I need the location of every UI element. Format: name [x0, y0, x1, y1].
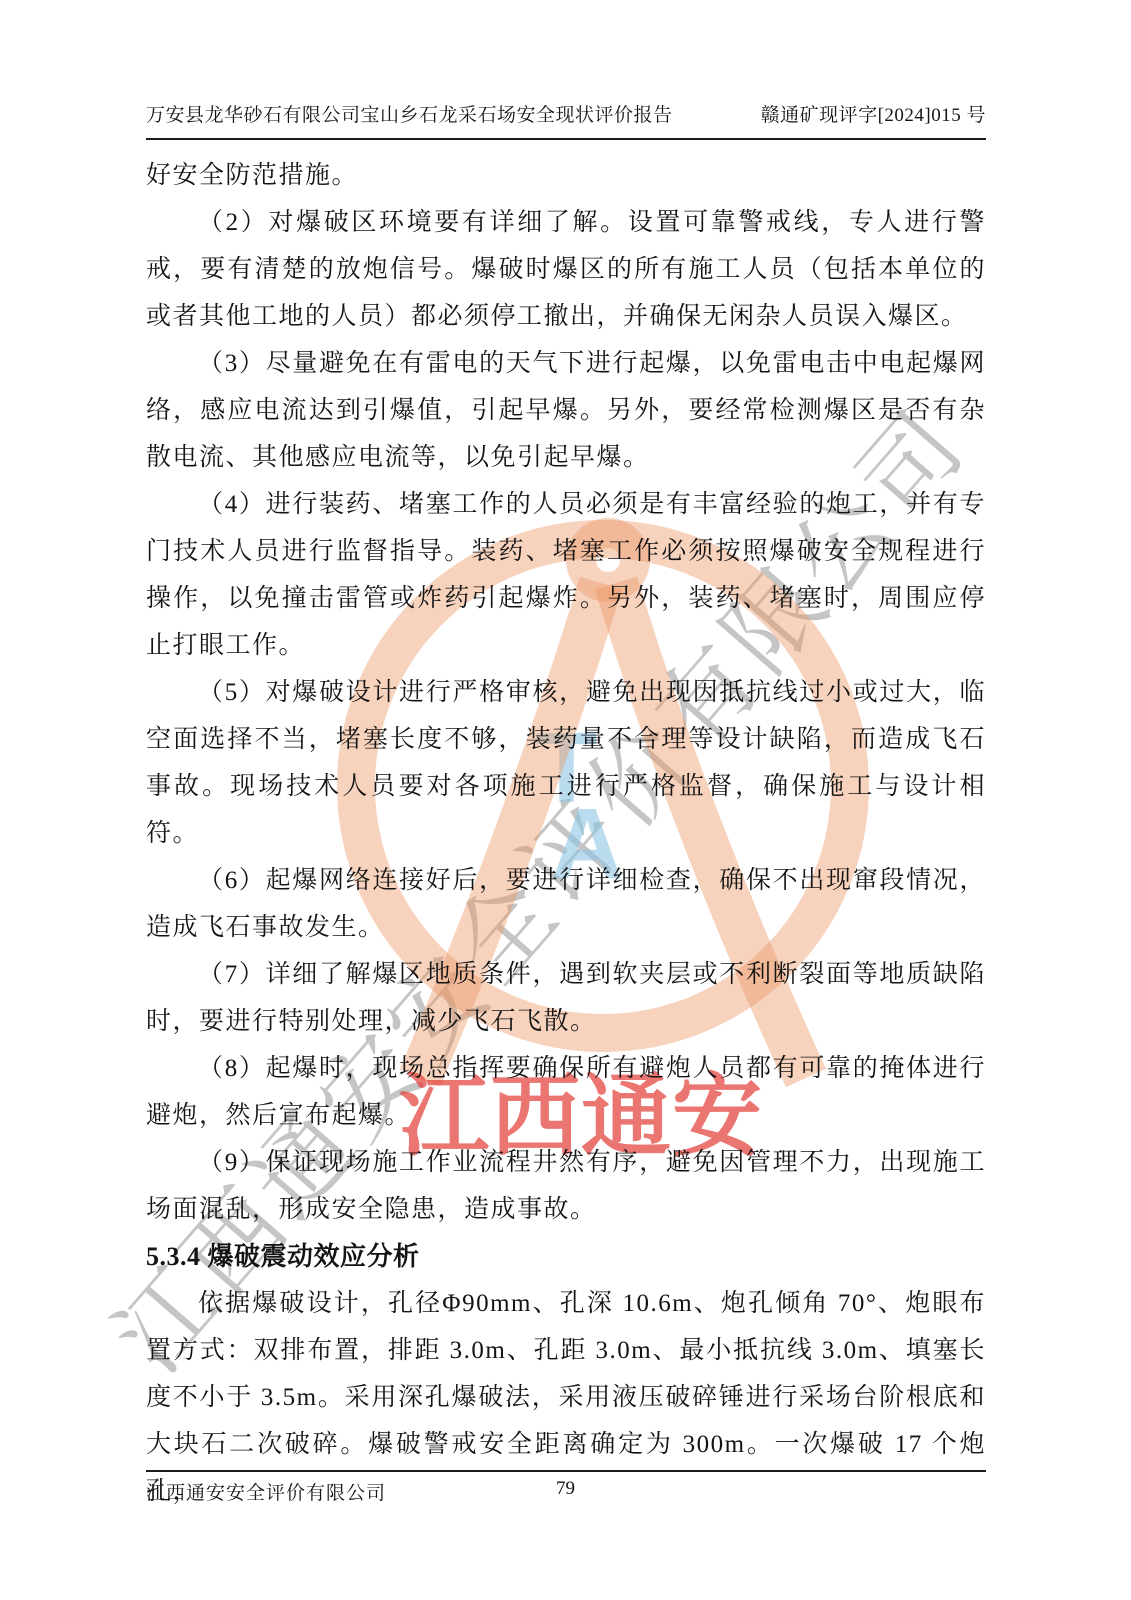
document-body: 好安全防范措施。 （2）对爆破区环境要有详细了解。设置可靠警戒线，专人进行警戒，…	[146, 152, 986, 1515]
header-report-title: 万安县龙华砂石有限公司宝山乡石龙采石场安全现状评价报告	[146, 100, 673, 127]
paragraph-item-6: （6）起爆网络连接好后，要进行详细检查，确保不出现窜段情况，造成飞石事故发生。	[146, 857, 986, 951]
footer-divider	[146, 1470, 986, 1472]
header-doc-number: 赣通矿现评字[2024]015 号	[761, 100, 986, 127]
paragraph-item-2: （2）对爆破区环境要有详细了解。设置可靠警戒线，专人进行警戒，要有清楚的放炮信号…	[146, 199, 986, 340]
paragraph-item-3: （3）尽量避免在有雷电的天气下进行起爆，以免雷电击中电起爆网络，感应电流达到引爆…	[146, 340, 986, 481]
section-heading-5-3-4: 5.3.4 爆破震动效应分析	[146, 1233, 986, 1280]
footer-page-number: 79	[0, 1478, 1131, 1500]
paragraph-item-7: （7）详细了解爆区地质条件，遇到软夹层或不利断裂面等地质缺陷时，要进行特别处理，…	[146, 951, 986, 1045]
paragraph-item-4: （4）进行装药、堵塞工作的人员必须是有丰富经验的炮工，并有专门技术人员进行监督指…	[146, 481, 986, 669]
paragraph-continuation: 好安全防范措施。	[146, 152, 986, 199]
report-page: 江西通安安全评价有限公司 T A 江西通安 万安县龙华砂石有限公司宝山乡石龙采石…	[0, 0, 1131, 1600]
paragraph-item-5: （5）对爆破设计进行严格审核，避免出现因抵抗线过小或过大，临空面选择不当，堵塞长…	[146, 669, 986, 857]
page-header: 万安县龙华砂石有限公司宝山乡石龙采石场安全现状评价报告 赣通矿现评字[2024]…	[146, 100, 986, 140]
paragraph-item-8: （8）起爆时，现场总指挥要确保所有避炮人员都有可靠的掩体进行避炮，然后宣布起爆。	[146, 1045, 986, 1139]
paragraph-item-9: （9）保证现场施工作业流程井然有序，避免因管理不力，出现施工场面混乱，形成安全隐…	[146, 1139, 986, 1233]
